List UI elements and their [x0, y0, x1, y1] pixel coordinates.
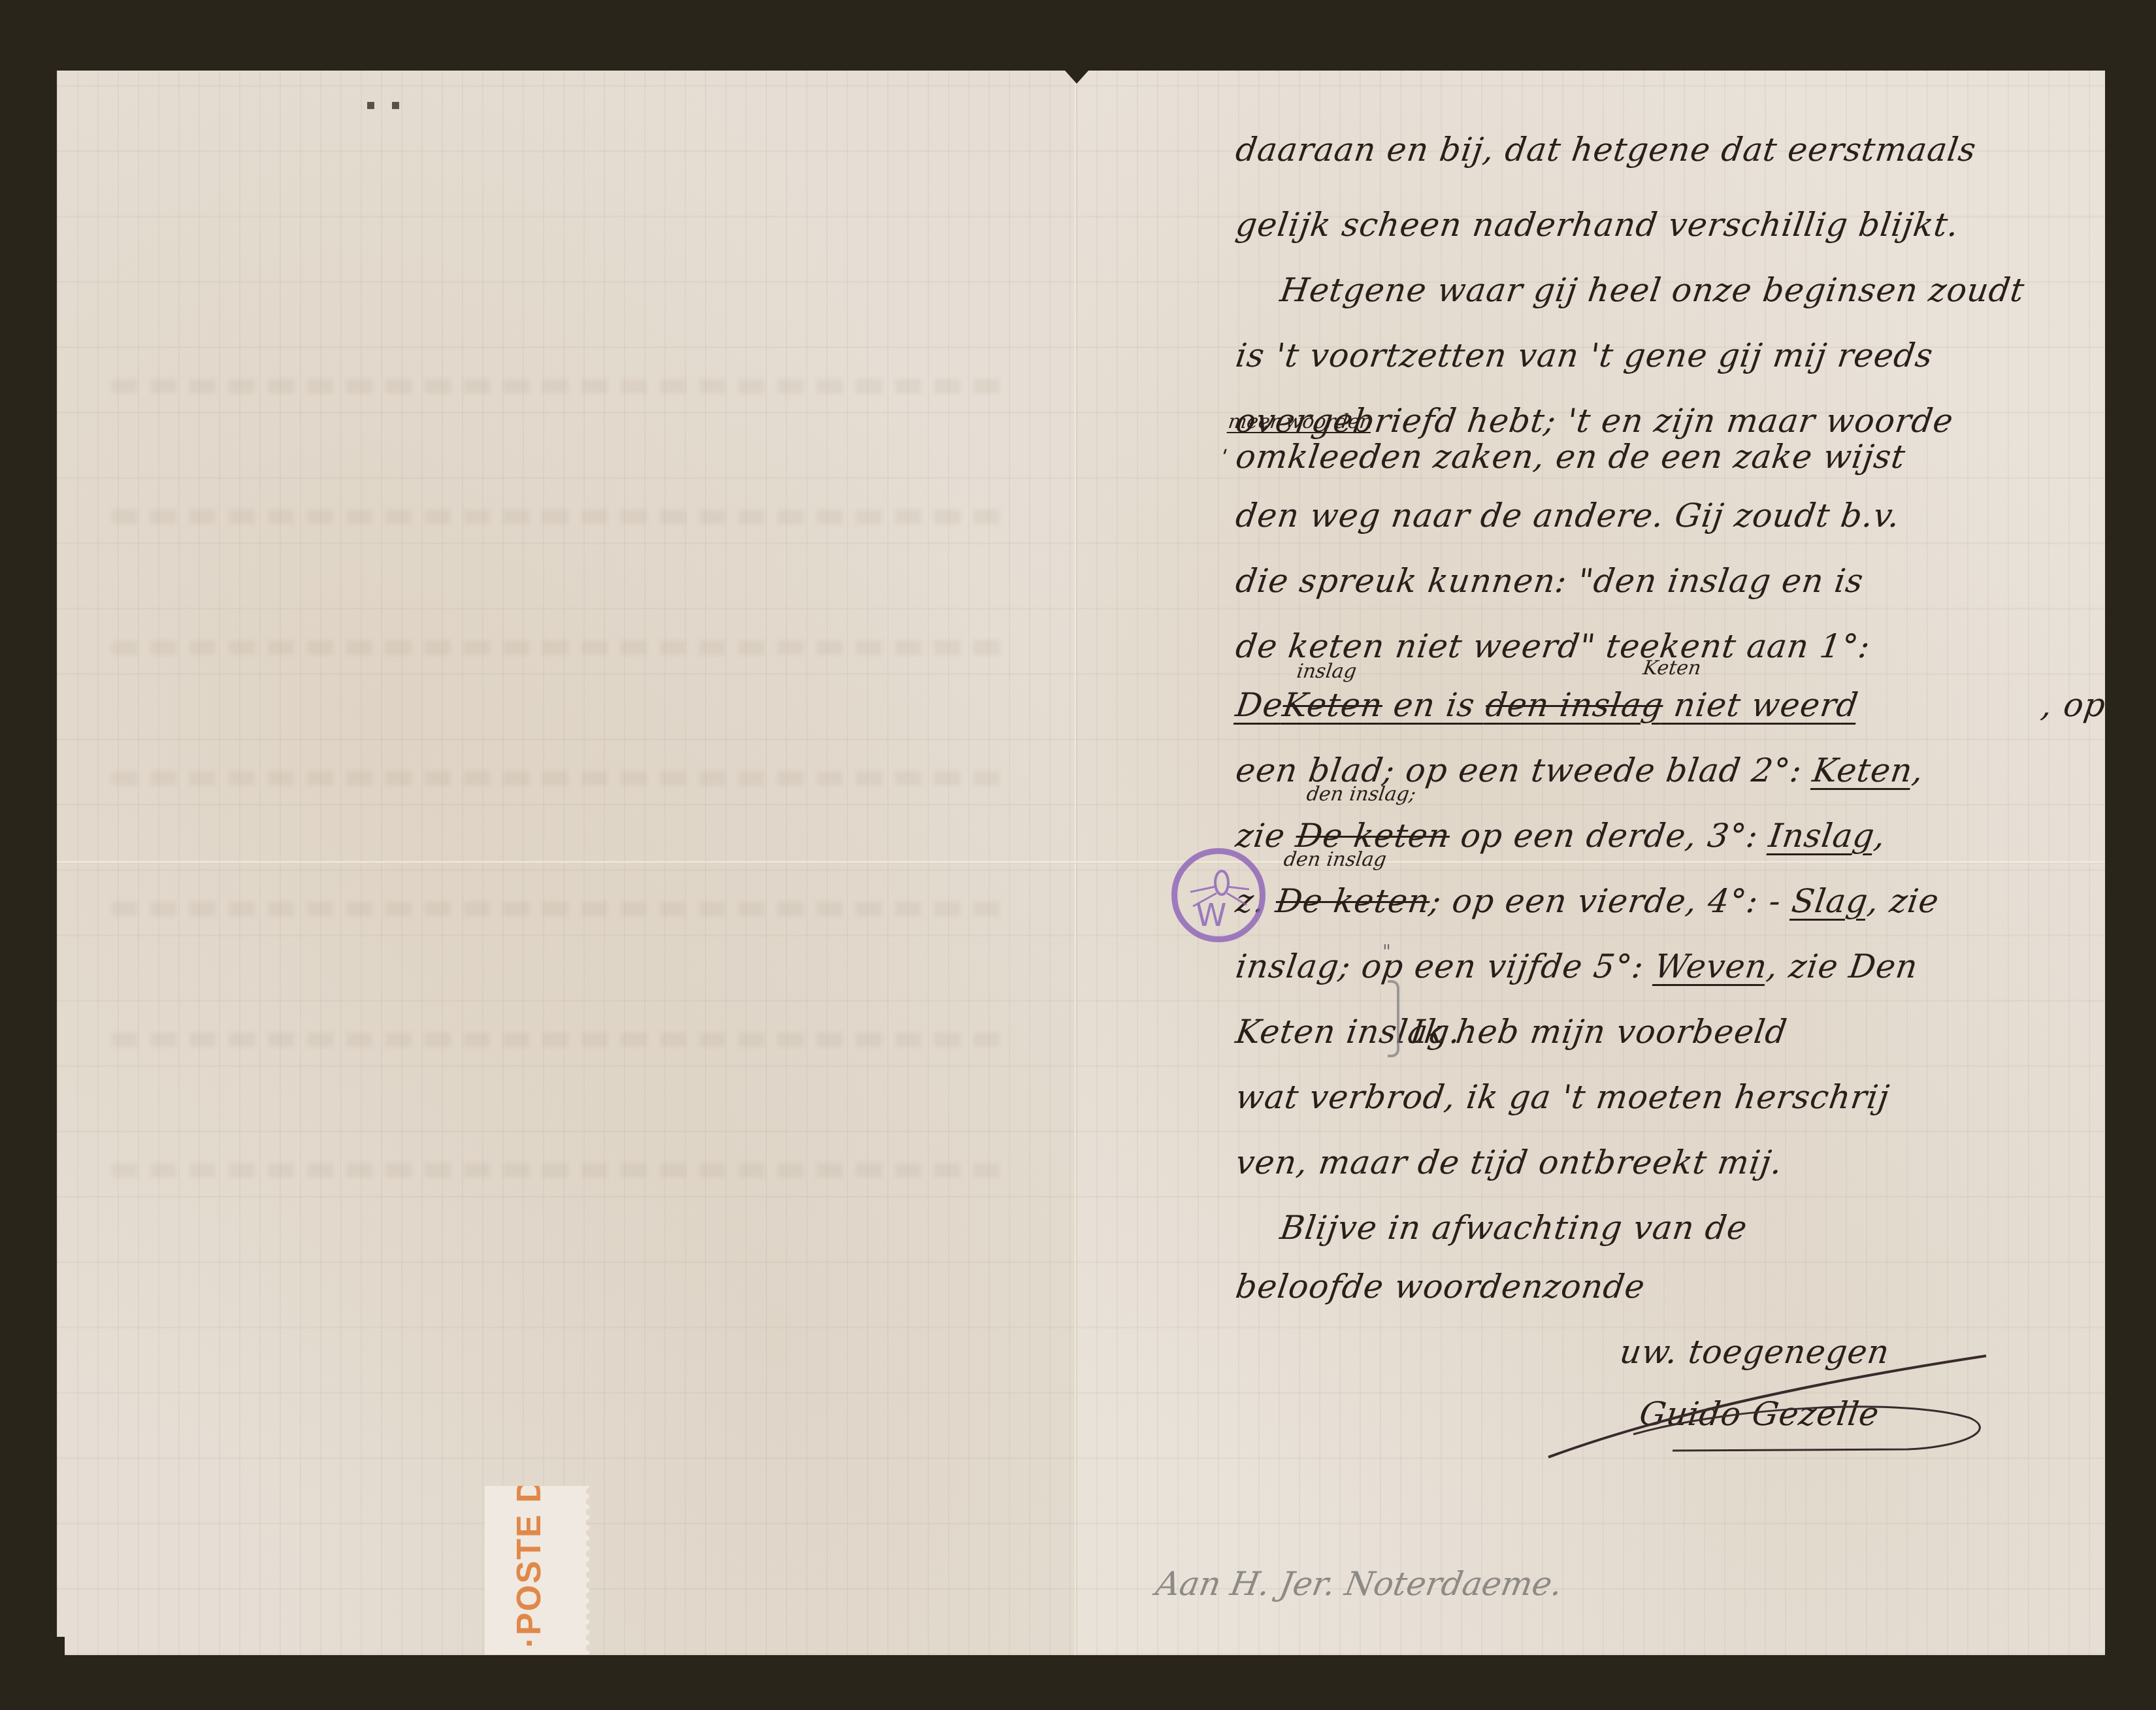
text-line: inslag; op een vijfde 5°: Weven, zie Den [1233, 947, 1921, 985]
paper-tear [50, 1637, 65, 1655]
bleed-through-line [111, 771, 1013, 785]
interlinear-insertion: den inslag; [1305, 783, 1418, 806]
ink-specks: ▪ ▪ [366, 97, 406, 113]
underlined-word: Keten [1810, 751, 1916, 789]
text-line: daaraan en bij, dat hetgene dat eerstmaa… [1233, 131, 1979, 169]
text-line: die spreuk kunnen: "den inslag en is [1233, 562, 1866, 600]
pencil-annotation: Aan H. Jer. Noterdaeme. [1153, 1565, 1565, 1603]
bleed-through-line [111, 510, 1013, 524]
horizontal-fold [57, 861, 2105, 864]
underlined-word: Slag [1789, 882, 1870, 920]
bleed-through-line [111, 902, 1013, 916]
text-line: Ik heb mijn voorbeeld [1409, 1013, 1789, 1051]
interlinear-insertion: Keten [1642, 657, 1703, 680]
struck-word: den inslag [1483, 686, 1666, 724]
bleed-through-line [111, 379, 1013, 393]
paper-notch [1065, 71, 1088, 84]
underlined-word: Weven [1652, 947, 1770, 985]
bleed-through-line [111, 640, 1013, 655]
bleed-through-line [111, 1032, 1013, 1047]
stamp-monogram: W [1196, 897, 1226, 931]
bleed-through-line [111, 1163, 1013, 1177]
interlinear-insertion: inslag [1296, 660, 1358, 683]
text-line: Hetgene waar gij heel onze beginsen zoud… [1278, 271, 2027, 309]
struck-word: Keten [1281, 686, 1386, 724]
postage-stamp-fragment: ·POSTE DE [485, 1486, 589, 1654]
underlined-word: Inslag [1767, 817, 1878, 855]
word: De [1233, 686, 1286, 724]
library-stamp: W [1171, 848, 1266, 942]
text-line: beloofde woordenzonde [1233, 1268, 1648, 1306]
pencil-bracket [1388, 980, 1399, 1057]
signature-flourish [1542, 1353, 1999, 1464]
text-line: den weg naar de andere. Gij zoudt b.v. [1233, 497, 1903, 534]
text-line: is 't voortzetten van 't gene gij mij re… [1233, 337, 1936, 374]
text-line: wat verbrod, ik ga 't moeten herschrij [1233, 1078, 1892, 1116]
interlinear-insertion: meer woorden [1227, 410, 1374, 433]
text-line: DeKeten en is den inslag niet weerd [1233, 686, 1861, 724]
text-line: z. De keten; op een vierde, 4°: - Slag, … [1233, 882, 1942, 920]
struck-word: De keten [1273, 882, 1432, 920]
bee-emblem-icon: W [1184, 861, 1254, 931]
text-line: omkleeden zaken, en de een zake wijst [1233, 438, 1908, 476]
text-line: Blijve in afwachting van de [1278, 1209, 1750, 1247]
interlinear-insertion: den inslag [1282, 848, 1388, 871]
text-line: , op [2039, 686, 2108, 724]
text-line: gelijk scheen naderhand verschillig blij… [1233, 206, 1961, 244]
margin-mark: " [1382, 941, 1391, 962]
text-line: ven, maar de tijd ontbreekt mij. [1233, 1143, 1785, 1181]
